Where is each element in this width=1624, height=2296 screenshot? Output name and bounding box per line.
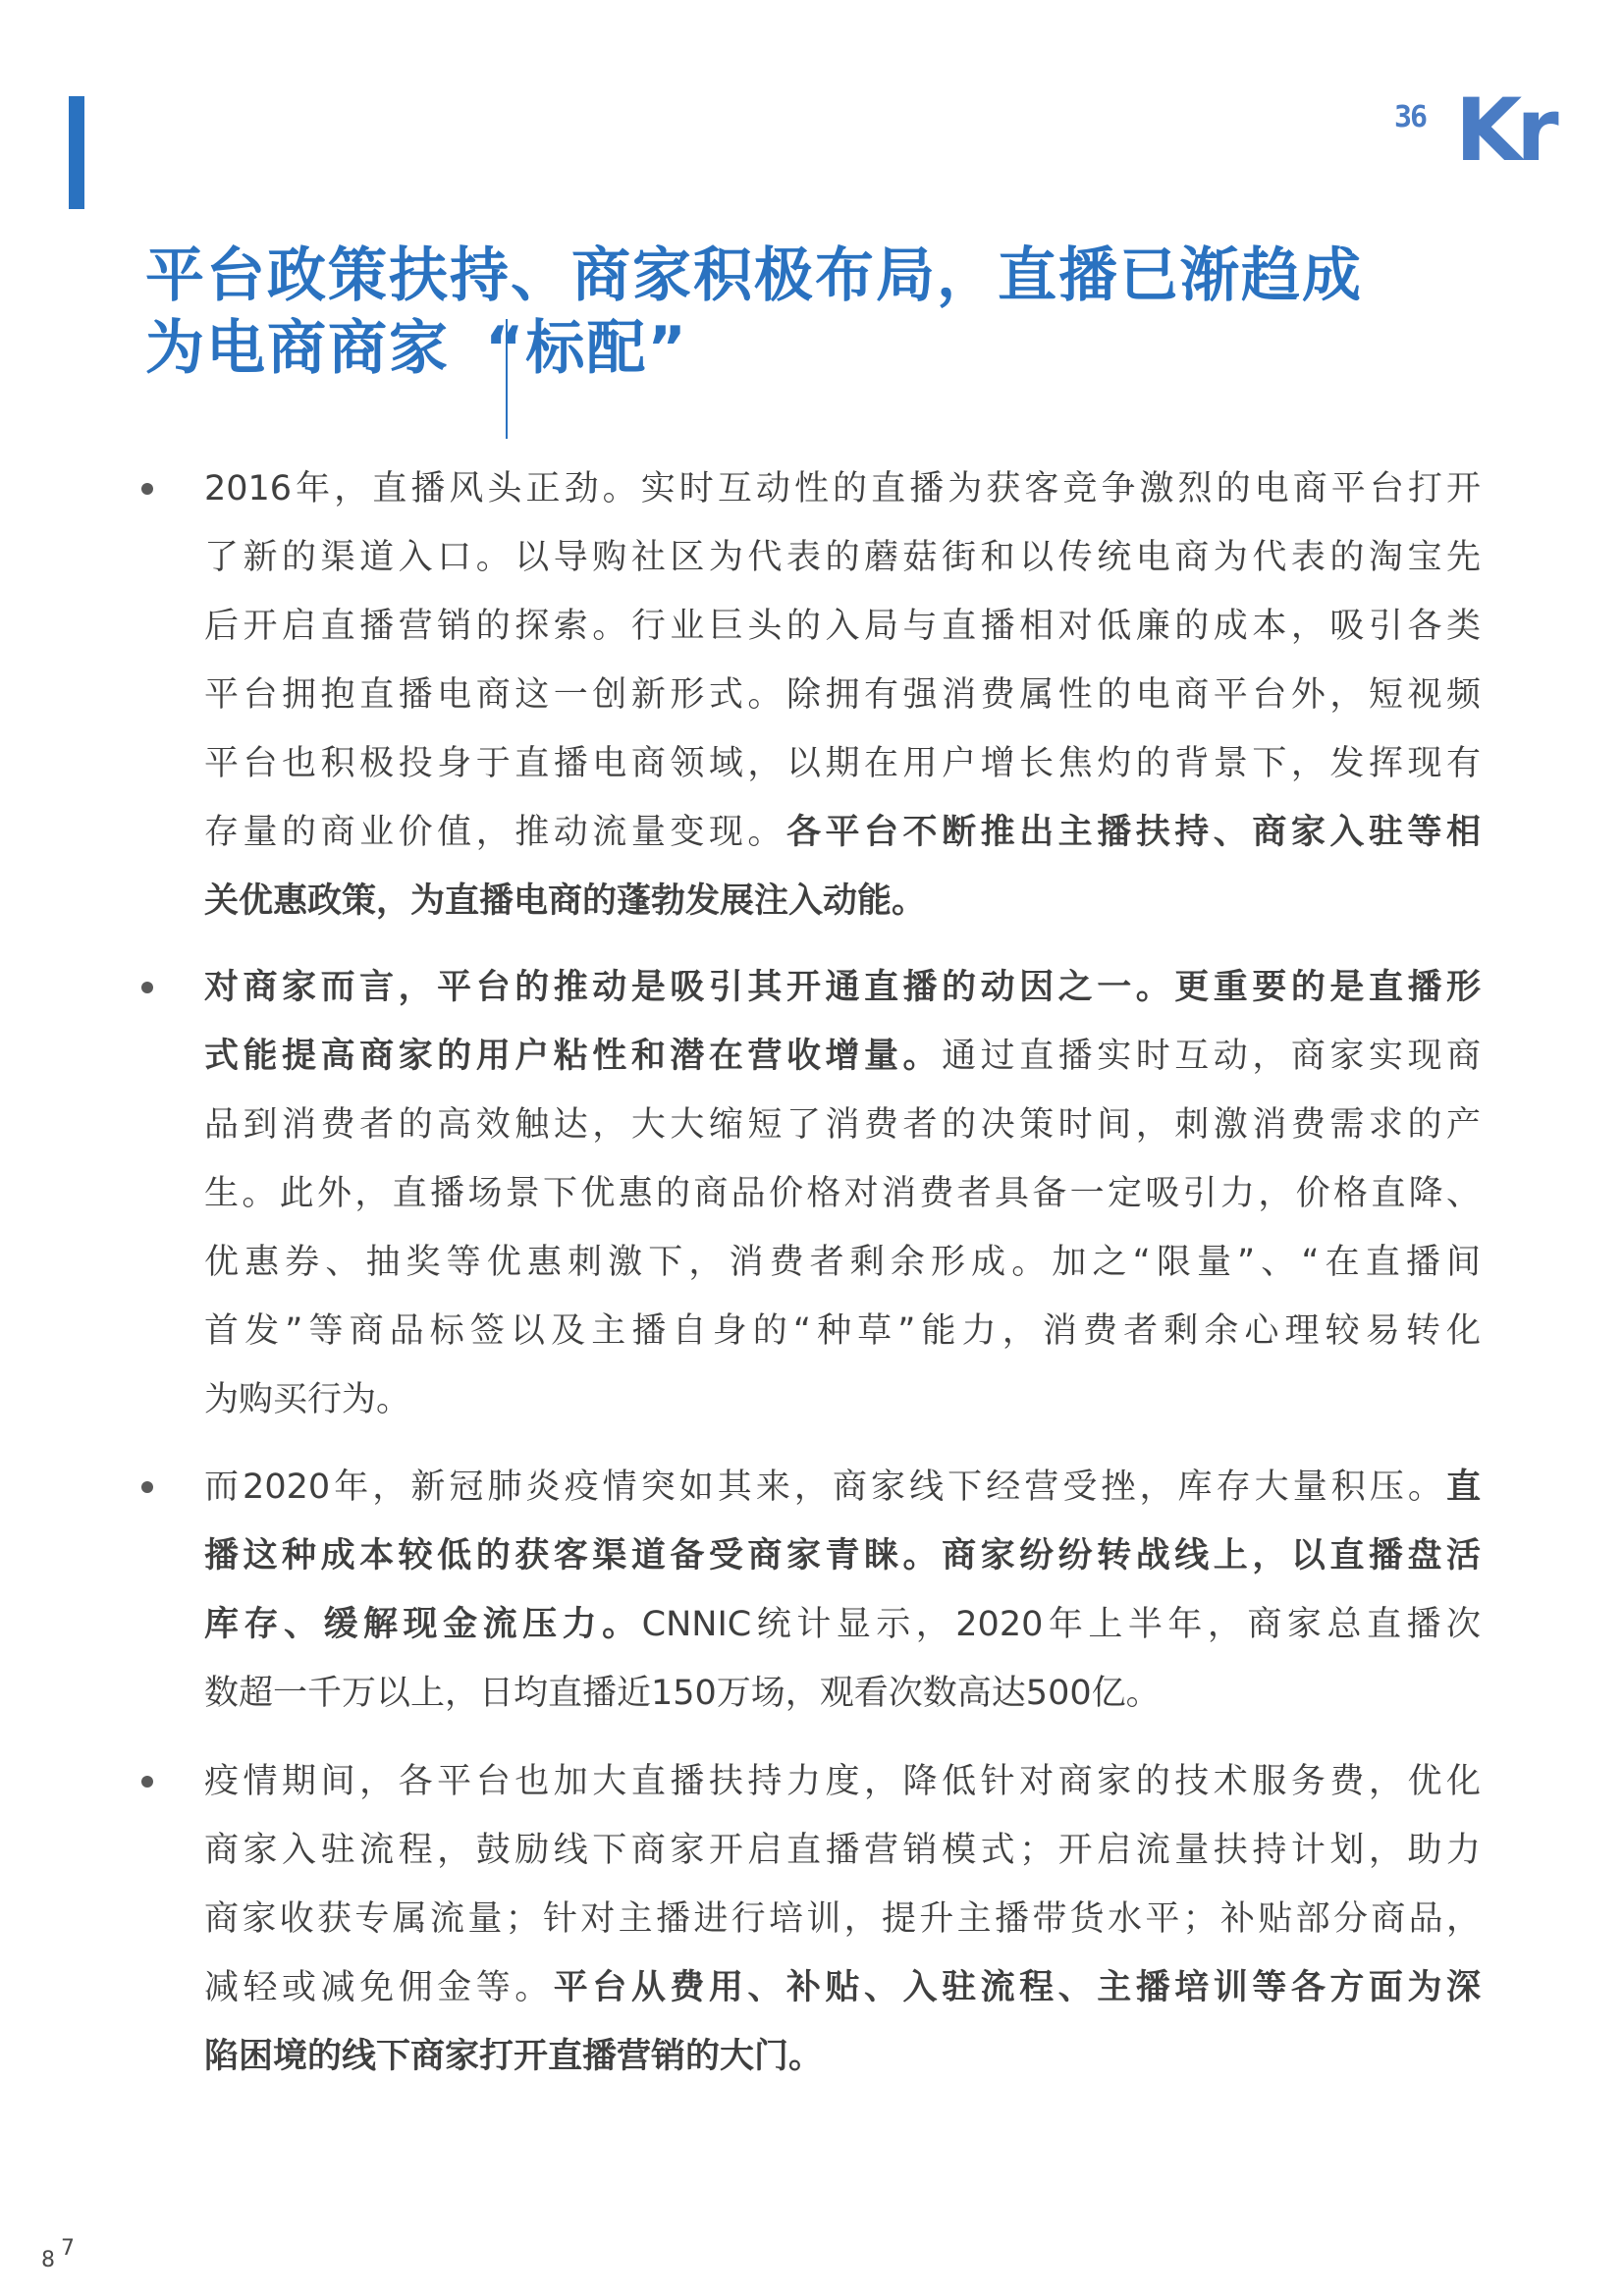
bullet-icon: [141, 1776, 153, 1788]
text: 而2020年，新冠肺炎疫情突如其来，商家线下经营受挫，库存大量积压。: [204, 1468, 1446, 1507]
text: 为购买行为。: [204, 1380, 410, 1419]
bold-text: 各平台不断推出主播扶持、商家入驻等相: [786, 813, 1481, 852]
title-part-b: “标配”: [485, 314, 688, 383]
bullet-icon: [141, 483, 153, 495]
paragraph-2-line: 生。此外，直播场景下优惠的商品价格对消费者具备一定吸引力，价格直降、: [204, 1169, 1481, 1218]
36kr-logo: 36 Kr: [1394, 93, 1571, 191]
text: 存量的商业价值，推动流量变现。: [204, 813, 786, 852]
text: 品到消费者的高效触达，大大缩短了消费者的决策时间，刺激消费需求的产: [204, 1105, 1481, 1145]
text: CNNIC统计显示，2020年上半年，商家总直播次: [642, 1605, 1481, 1644]
text: 减轻或减免佣金等。: [204, 1968, 554, 2007]
bold-text: 平台从费用、补贴、入驻流程、主播培训等各方面为深: [554, 1968, 1481, 2007]
text: 2016年，直播风头正劲。实时互动性的直播为获客竞争激烈的电商平台打开: [204, 469, 1481, 508]
paragraph-4-line: 商家收获专属流量；针对主播进行培训，提升主播带货水平；补贴部分商品，: [204, 1895, 1481, 1944]
text: 商家入驻流程，鼓励线下商家开启直播营销模式；开启流量扶持计划，助力: [204, 1831, 1481, 1870]
text: 了新的渠道入口。以导购社区为代表的蘑菇街和以传统电商为代表的淘宝先: [204, 538, 1481, 577]
paragraph-4-line: 商家入驻流程，鼓励线下商家开启直播营销模式；开启流量扶持计划，助力: [204, 1826, 1481, 1875]
paragraph-4-line: 疫情期间，各平台也加大直播扶持力度，降低针对商家的技术服务费，优化: [204, 1757, 1481, 1806]
paragraph-1-line: 后开启直播营销的探索。行业巨头的入局与直播相对低廉的成本，吸引各类: [204, 602, 1481, 651]
paragraph-3-line: 库存、缓解现金流压力。CNNIC统计显示，2020年上半年，商家总直播次: [204, 1600, 1481, 1649]
accent-bar: [69, 96, 84, 209]
text: 优惠券、抽奖等优惠刺激下，消费者剩余形成。加之“限量”、“在直播间: [204, 1243, 1481, 1282]
paragraph-3-line: 而2020年，新冠肺炎疫情突如其来，商家线下经营受挫，库存大量积压。直: [204, 1463, 1481, 1512]
text: 通过直播实时互动，商家实现商: [942, 1037, 1481, 1076]
page-number-main: 8: [41, 2248, 55, 2272]
paragraph-1-line: 平台拥抱直播电商这一创新形式。除拥有强消费属性的电商平台外，短视频: [204, 670, 1481, 720]
paragraph-3-line: 播这种成本较低的获客渠道备受商家青睐。商家纷纷转战线上，以直播盘活: [204, 1531, 1481, 1580]
page-title-line-2: 为电商商家“标配”: [145, 314, 688, 383]
title-part-a: 为电商商家: [145, 314, 450, 383]
bold-text: 播这种成本较低的获客渠道备受商家青睐。商家纷纷转战线上，以直播盘活: [204, 1536, 1481, 1575]
paragraph-2-line: 品到消费者的高效触达，大大缩短了消费者的决策时间，刺激消费需求的产: [204, 1100, 1481, 1149]
bullet-icon: [141, 1481, 153, 1493]
text: 数超一千万以上，日均直播近150万场，观看次数高达500亿。: [204, 1674, 1161, 1713]
text: 疫情期间，各平台也加大直播扶持力度，降低针对商家的技术服务费，优化: [204, 1762, 1481, 1801]
bold-text: 直: [1446, 1468, 1481, 1507]
bold-text: 对商家而言，平台的推动是吸引其开通直播的动因之一。更重要的是直播形: [204, 968, 1481, 1007]
paragraph-1-line: 了新的渠道入口。以导购社区为代表的蘑菇街和以传统电商为代表的淘宝先: [204, 533, 1481, 582]
text: 平台拥抱直播电商这一创新形式。除拥有强消费属性的电商平台外，短视频: [204, 675, 1481, 715]
paragraph-4-line: 陷困境的线下商家打开直播营销的大门。: [204, 2032, 1481, 2081]
logo-main: Kr: [1455, 87, 1553, 174]
paragraph-2-line: 对商家而言，平台的推动是吸引其开通直播的动因之一。更重要的是直播形: [204, 963, 1481, 1012]
paragraph-1-line: 存量的商业价值，推动流量变现。各平台不断推出主播扶持、商家入驻等相: [204, 808, 1481, 857]
paragraph-2-line: 首发”等商品标签以及主播自身的“种草”能力，消费者剩余心理较易转化: [204, 1307, 1481, 1356]
paragraph-3-line: 数超一千万以上，日均直播近150万场，观看次数高达500亿。: [204, 1669, 1481, 1718]
text: 平台也积极投身于直播电商领域，以期在用户增长焦灼的背景下，发挥现有: [204, 744, 1481, 783]
bold-text: 陷困境的线下商家打开直播营销的大门。: [204, 2037, 823, 2076]
paragraph-1-line: 关优惠政策，为直播电商的蓬勃发展注入动能。: [204, 877, 1481, 926]
paragraph-2-line: 为购买行为。: [204, 1375, 1481, 1424]
bold-text: 库存、缓解现金流压力。: [204, 1605, 642, 1644]
page-title-line-1: 平台政策扶持、商家积极布局，直播已渐趋成: [145, 241, 1363, 310]
logo-prefix: 36: [1394, 103, 1426, 133]
bold-text: 关优惠政策，为直播电商的蓬勃发展注入动能。: [204, 881, 926, 921]
page-number-sup: 7: [61, 2236, 75, 2261]
paragraph-1-line: 2016年，直播风头正劲。实时互动性的直播为获客竞争激烈的电商平台打开: [204, 464, 1481, 513]
page-number: 87: [41, 2248, 75, 2272]
paragraph-1-line: 平台也积极投身于直播电商领域，以期在用户增长焦灼的背景下，发挥现有: [204, 739, 1481, 788]
bullet-icon: [141, 982, 153, 993]
text-cursor-line: [506, 319, 508, 439]
text: 生。此外，直播场景下优惠的商品价格对消费者具备一定吸引力，价格直降、: [204, 1174, 1481, 1213]
bold-text: 式能提高商家的用户粘性和潜在营收增量。: [204, 1037, 942, 1076]
paragraph-2-line: 式能提高商家的用户粘性和潜在营收增量。通过直播实时互动，商家实现商: [204, 1032, 1481, 1081]
paragraph-2-line: 优惠券、抽奖等优惠刺激下，消费者剩余形成。加之“限量”、“在直播间: [204, 1238, 1481, 1287]
text: 后开启直播营销的探索。行业巨头的入局与直播相对低廉的成本，吸引各类: [204, 607, 1481, 646]
text: 首发”等商品标签以及主播自身的“种草”能力，消费者剩余心理较易转化: [204, 1311, 1481, 1351]
paragraph-4-line: 减轻或减免佣金等。平台从费用、补贴、入驻流程、主播培训等各方面为深: [204, 1963, 1481, 2012]
text: 商家收获专属流量；针对主播进行培训，提升主播带货水平；补贴部分商品，: [204, 1899, 1481, 1939]
